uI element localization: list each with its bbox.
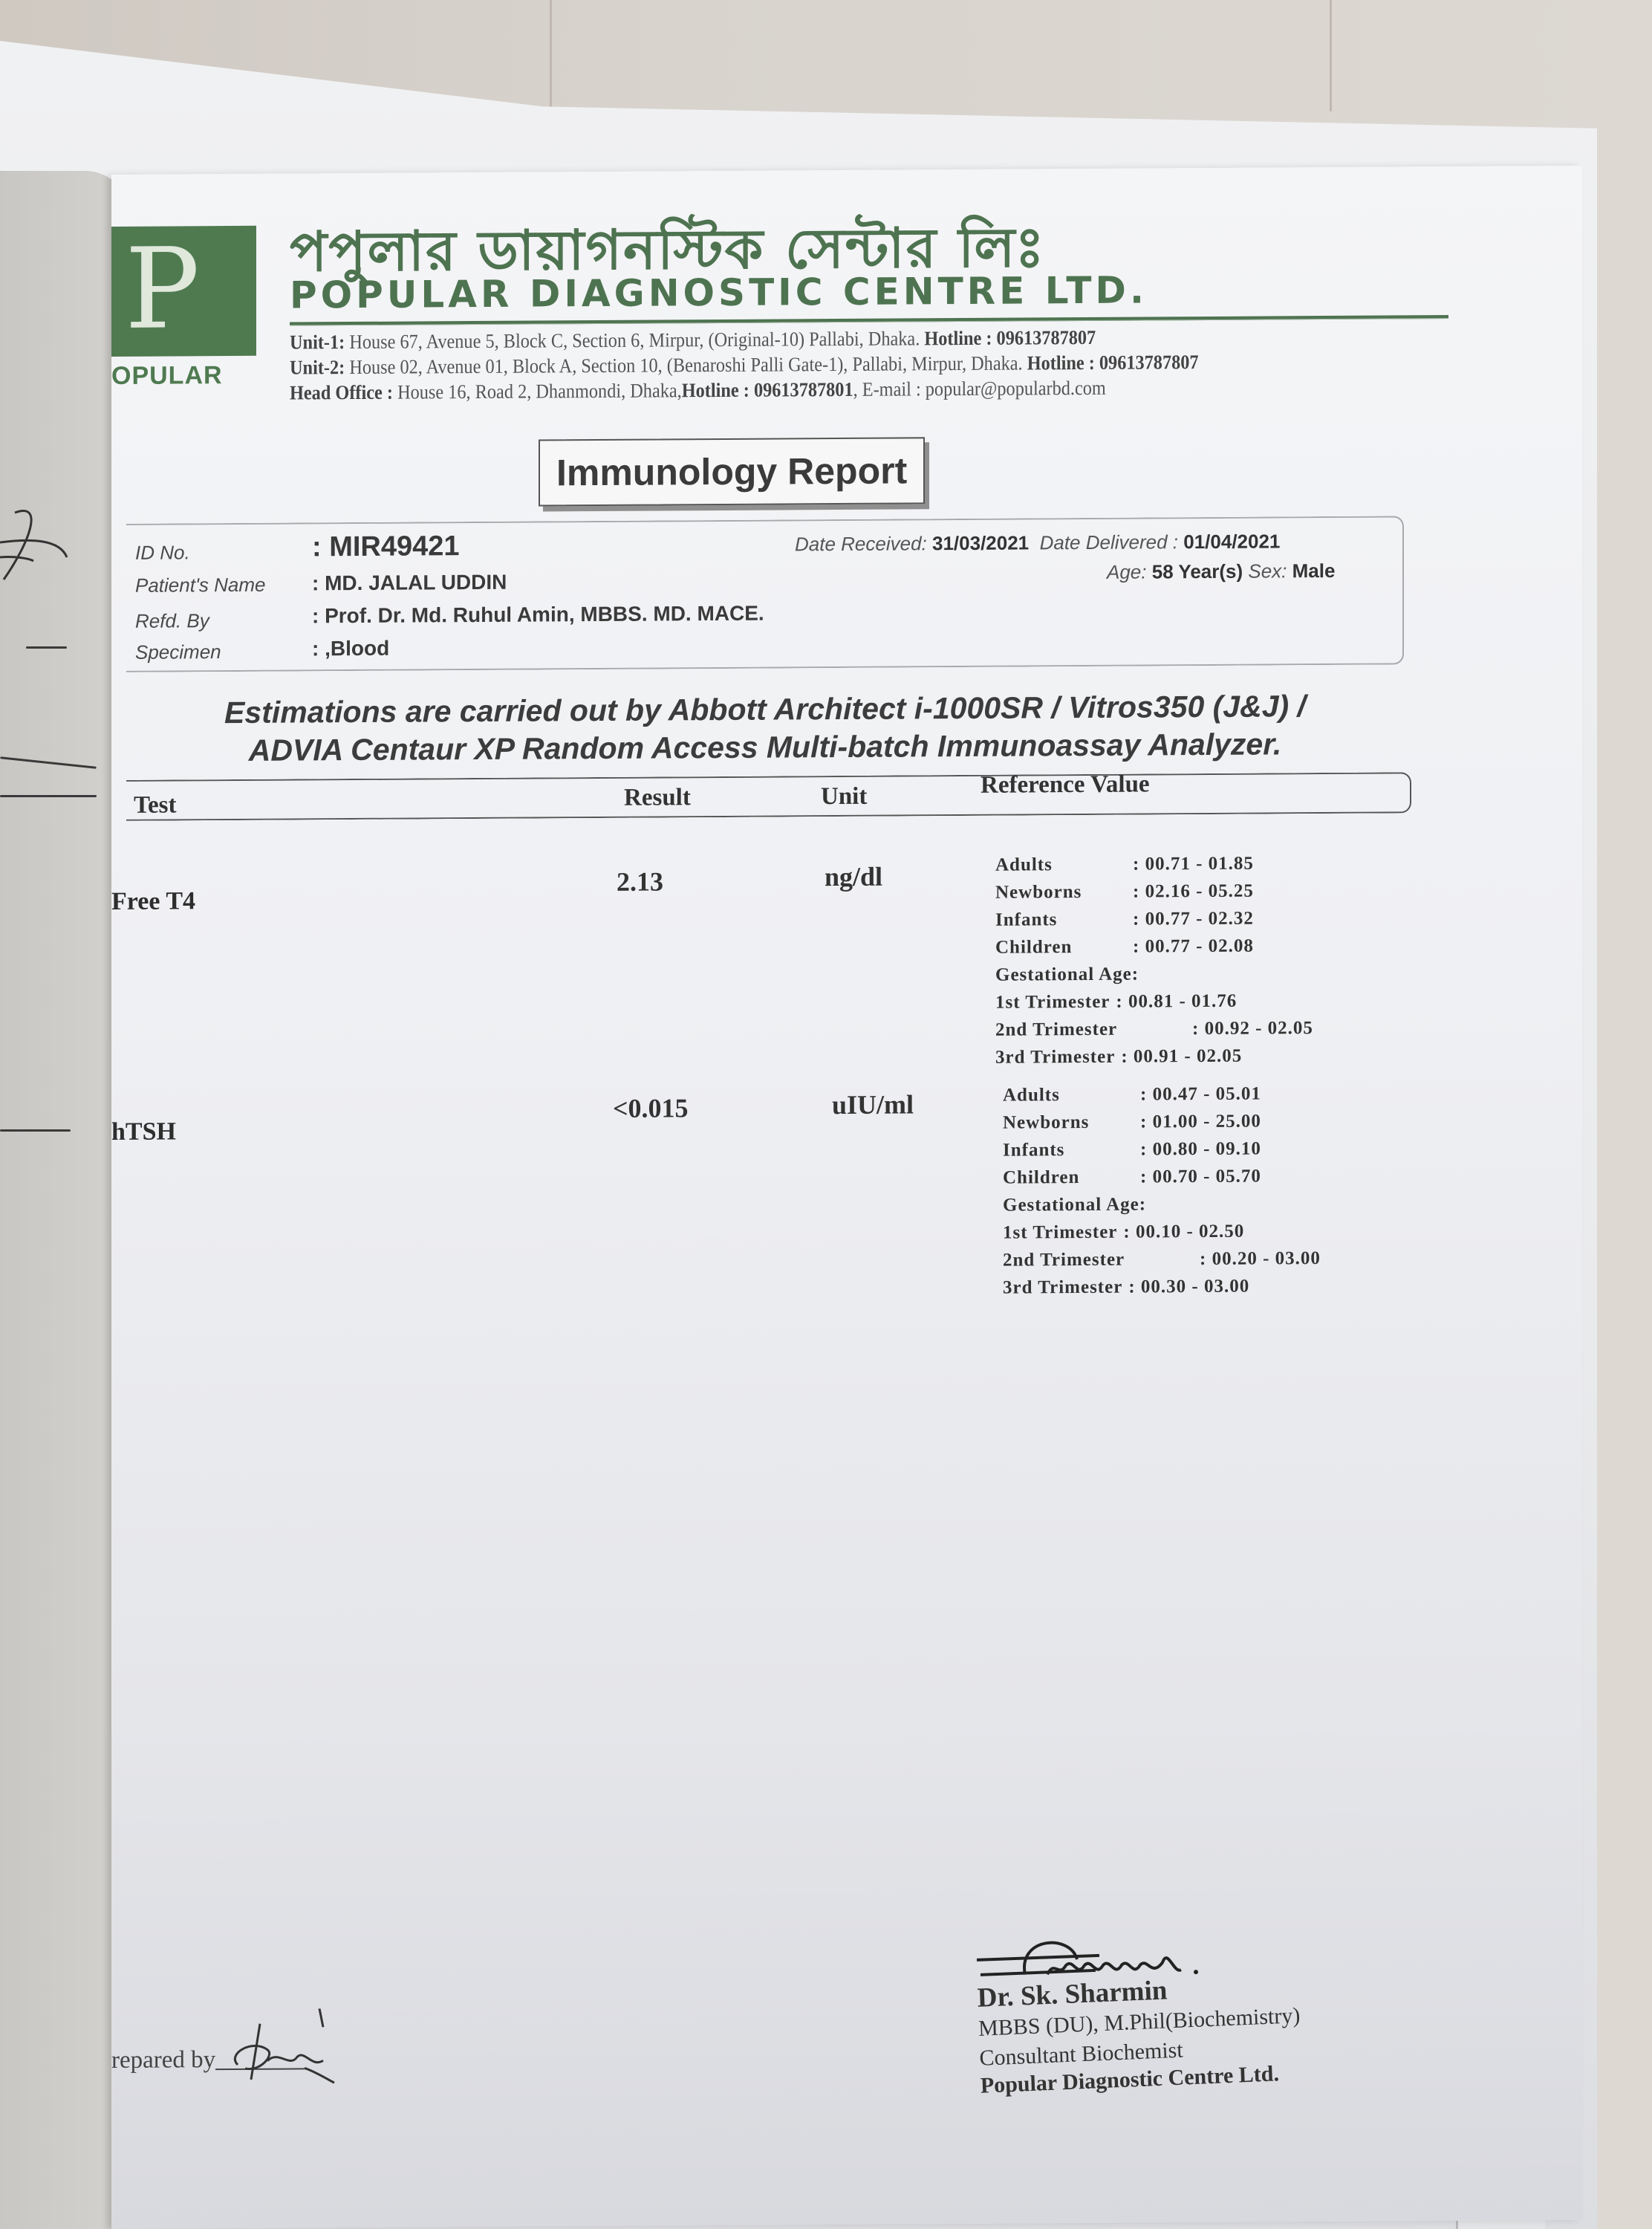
patient-info-box: ID No. : MIR49421 Patient's Name : MD. J… — [126, 516, 1404, 672]
address-text: House 67, Avenue 5, Block C, Section 6, … — [349, 327, 920, 353]
address-text: House 16, Road 2, Dhanmondi, Dhaka, — [397, 379, 682, 403]
dates-line: Date Received: 31/03/2021 Date Delivered… — [795, 530, 1280, 556]
age-sex-line: Age: 58 Year(s) Sex: Male — [1107, 559, 1335, 584]
reference-label: Newborns — [995, 878, 1133, 906]
hotline-label: Hotline : — [682, 379, 749, 402]
address-unit-2: Unit-2: House 02, Avenue 01, Block A, Se… — [290, 351, 1199, 379]
logo-wordmark: OPULAR — [111, 361, 223, 391]
column-header-reference: Reference Value — [981, 770, 1150, 799]
reference-range: : 00.10 - 02.50 — [1123, 1218, 1244, 1246]
reference-range: : 00.91 - 02.05 — [1121, 1042, 1242, 1071]
reference-label: Adults — [995, 851, 1133, 879]
reference-range: : 02.16 - 05.25 — [1133, 877, 1254, 906]
pen-stroke — [0, 756, 97, 769]
reference-range: : 00.77 - 02.08 — [1133, 932, 1254, 961]
email-label: , E-mail : — [853, 377, 921, 400]
reference-range: : 00.20 - 03.00 — [1200, 1245, 1321, 1273]
hotline-label: Hotline : — [1027, 351, 1095, 374]
reference-label: 1st Trimester — [995, 988, 1110, 1016]
reference-label: 3rd Trimester — [1003, 1274, 1122, 1302]
pen-stroke — [0, 795, 97, 797]
prepared-by-label: repared by — [111, 2046, 215, 2074]
test-name: Free T4 — [111, 887, 195, 916]
reference-values: Adults: 00.71 - 01.85 Newborns: 02.16 - … — [995, 849, 1313, 1071]
specimen-label: Specimen — [135, 640, 221, 664]
hotline-number: 09613787801 — [754, 378, 853, 401]
reference-values: Adults: 00.47 - 05.01 Newborns: 01.00 - … — [1003, 1080, 1321, 1302]
date-received-value: 31/03/2021 — [932, 531, 1029, 554]
age-value: 58 Year(s) — [1152, 560, 1243, 583]
refd-by-value: : Prof. Dr. Md. Ruhul Amin, MBBS. MD. MA… — [312, 602, 764, 629]
column-header-unit: Unit — [821, 783, 867, 811]
sex-value: Male — [1292, 559, 1336, 582]
report-title: Immunology Report — [539, 437, 925, 506]
results-table-header: Test Result Unit Reference Value — [126, 772, 1411, 821]
floor-tile-seam — [550, 0, 552, 111]
reference-label: Adults — [1003, 1081, 1140, 1109]
address-head-office: Head Office : House 16, Road 2, Dhanmond… — [290, 377, 1106, 405]
reference-label: Children — [1003, 1164, 1140, 1192]
estimation-line-2: ADVIA Centaur XP Random Access Multi-bat… — [126, 725, 1404, 771]
reference-label: 3rd Trimester — [995, 1043, 1115, 1071]
reference-label: Infants — [995, 906, 1133, 934]
column-header-result: Result — [624, 784, 691, 812]
reference-range: : 00.47 - 05.01 — [1140, 1080, 1261, 1109]
reference-section-label: Gestational Age: — [1003, 1190, 1146, 1219]
specimen-value: : ,Blood — [312, 637, 389, 661]
patient-name-value: : MD. JALAL UDDIN — [312, 571, 507, 596]
test-result: 2.13 — [617, 866, 663, 897]
org-name-english: POPULAR DIAGNOSTIC CENTRE LTD. — [290, 268, 1148, 317]
address-text: House 02, Avenue 01, Block A, Section 10… — [349, 352, 1022, 379]
test-result: <0.015 — [613, 1092, 689, 1124]
reference-range: : 00.92 - 02.05 — [1192, 1014, 1313, 1042]
id-label: ID No. — [135, 541, 190, 564]
reference-label: Newborns — [1003, 1109, 1140, 1137]
address-label: Unit-1: — [290, 331, 345, 353]
reference-range: : 00.30 - 03.00 — [1128, 1273, 1249, 1301]
preparer-signature-icon — [223, 2008, 342, 2091]
hotline-number: 09613787807 — [1099, 351, 1199, 374]
handwritten-mark-icon — [0, 498, 104, 587]
report-sheet: P OPULAR পপুলার ডায়াগনস্টিক সেন্টার লিঃ… — [111, 166, 1582, 2229]
reference-range: : 00.71 - 01.85 — [1133, 850, 1254, 878]
signatory-block: Dr. Sk. Sharmin MBBS (DU), M.Phil(Bioche… — [977, 1969, 1303, 2099]
reference-section-label: Gestational Age: — [995, 961, 1139, 989]
date-received-label: Date Received: — [795, 532, 927, 555]
brand-logo: P — [111, 226, 256, 357]
refd-by-label: Refd. By — [135, 609, 209, 633]
column-header-test: Test — [134, 791, 176, 819]
reference-range: : 00.70 - 05.70 — [1140, 1163, 1261, 1191]
reference-range: : 00.77 - 02.32 — [1133, 905, 1254, 933]
header-divider — [290, 315, 1448, 326]
date-delivered-value: 01/04/2021 — [1183, 530, 1280, 553]
address-unit-1: Unit-1: House 67, Avenue 5, Block C, Sec… — [290, 326, 1096, 354]
hotline-number: 09613787807 — [997, 326, 1096, 349]
reference-range: : 00.81 - 01.76 — [1116, 987, 1237, 1016]
logo-letter: P — [125, 233, 200, 345]
reference-label: 1st Trimester — [1003, 1219, 1117, 1247]
test-unit: ng/dl — [825, 861, 882, 892]
reference-range: : 00.80 - 09.10 — [1140, 1135, 1261, 1164]
test-name: hTSH — [111, 1117, 176, 1146]
hotline-label: Hotline : — [924, 327, 992, 350]
email-address: popular@popularbd.com — [926, 377, 1106, 400]
reference-range: : 01.00 - 25.00 — [1140, 1108, 1261, 1136]
floor-tile-seam — [1330, 0, 1332, 111]
patient-name-label: Patient's Name — [135, 574, 266, 597]
date-delivered-label: Date Delivered : — [1040, 531, 1178, 554]
reference-label: Infants — [1003, 1136, 1140, 1164]
reference-label: Children — [995, 933, 1133, 961]
sex-label: Sex: — [1248, 559, 1287, 582]
address-label: Head Office : — [290, 381, 393, 404]
folded-page — [0, 171, 130, 2229]
test-unit: uIU/ml — [832, 1088, 914, 1120]
pen-stroke — [0, 1129, 71, 1132]
reference-label: 2nd Trimester — [1003, 1245, 1200, 1274]
id-value: : MIR49421 — [312, 531, 460, 563]
reference-label: 2nd Trimester — [995, 1015, 1192, 1044]
estimation-note: Estimations are carried out by Abbott Ar… — [126, 687, 1404, 770]
age-label: Age: — [1107, 560, 1147, 583]
address-label: Unit-2: — [290, 356, 345, 378]
pen-stroke — [26, 646, 67, 649]
